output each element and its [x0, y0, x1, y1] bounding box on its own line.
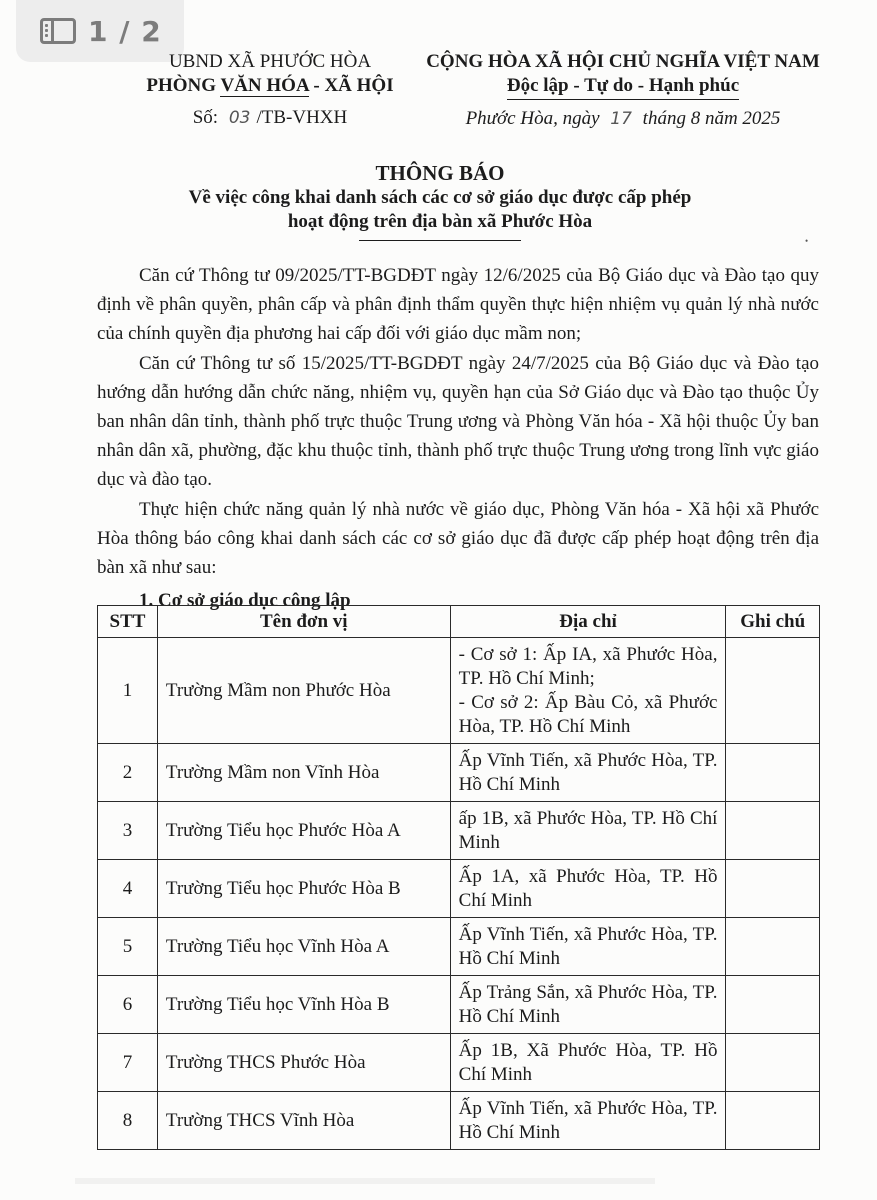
table-row: 3 Trường Tiểu học Phước Hòa A ấp 1B, xã …: [98, 802, 820, 860]
next-page-bleed-through: [75, 1178, 655, 1184]
notice-subtitle-line1: Về việc công khai danh sách các cơ sở gi…: [100, 186, 780, 210]
paragraph-announcement: Thực hiện chức năng quản lý nhà nước về …: [97, 496, 819, 582]
scan-speck: •: [805, 236, 808, 246]
col-header-note: Ghi chú: [726, 606, 820, 638]
document-number: Số: 03/TB-VHXH: [120, 106, 420, 130]
department-name: PHÒNG VĂN HÓA - XÃ HỘI: [120, 74, 420, 98]
public-schools-table: STT Tên đơn vị Địa chỉ Ghi chú 1 Trường …: [97, 605, 820, 1150]
page-count: 1 / 2: [88, 15, 162, 48]
notice-title: THÔNG BÁO: [100, 160, 780, 186]
authority-name: UBND XÃ PHƯỚC HÒA: [120, 50, 420, 74]
nation-name: CỘNG HÒA XÃ HỘI CHỦ NGHĨA VIỆT NAM: [408, 50, 838, 74]
notice-body: Căn cứ Thông tư 09/2025/TT-BGDĐT ngày 12…: [97, 262, 819, 616]
national-header-block: CỘNG HÒA XÃ HỘI CHỦ NGHĨA VIỆT NAM Độc l…: [408, 50, 838, 131]
table-row: 6 Trường Tiểu học Vĩnh Hòa B Ấp Trảng Sắ…: [98, 976, 820, 1034]
table-row: 2 Trường Mầm non Vĩnh Hòa Ấp Vĩnh Tiến, …: [98, 744, 820, 802]
place-date: Phước Hòa, ngày 17 tháng 8 năm 2025: [408, 107, 838, 131]
table-row: 8 Trường THCS Vĩnh Hòa Ấp Vĩnh Tiến, xã …: [98, 1092, 820, 1150]
table-row: 7 Trường THCS Phước Hòa Ấp 1B, Xã Phước …: [98, 1034, 820, 1092]
sidebar-panel-icon[interactable]: [40, 18, 76, 44]
col-header-name: Tên đơn vị: [157, 606, 450, 638]
issuing-authority-block: UBND XÃ PHƯỚC HÒA PHÒNG VĂN HÓA - XÃ HỘI…: [120, 50, 420, 130]
notice-title-block: THÔNG BÁO Về việc công khai danh sách cá…: [100, 160, 780, 241]
table-row: 5 Trường Tiểu học Vĩnh Hòa A Ấp Vĩnh Tiế…: [98, 918, 820, 976]
handwritten-number: 03: [223, 108, 257, 128]
col-header-address: Địa chỉ: [450, 606, 726, 638]
paragraph-legal-basis-2: Căn cứ Thông tư số 15/2025/TT-BGDĐT ngày…: [97, 350, 819, 494]
title-underline: [359, 240, 521, 241]
col-header-stt: STT: [98, 606, 158, 638]
table-row: 4 Trường Tiểu học Phước Hòa B Ấp 1A, xã …: [98, 860, 820, 918]
handwritten-day: 17: [604, 109, 638, 129]
table-header-row: STT Tên đơn vị Địa chỉ Ghi chú: [98, 606, 820, 638]
notice-subtitle-line2: hoạt động trên địa bàn xã Phước Hòa: [100, 210, 780, 234]
national-motto: Độc lập - Tự do - Hạnh phúc: [507, 74, 739, 100]
document-page: 1 / 2 UBND XÃ PHƯỚC HÒA PHÒNG VĂN HÓA - …: [0, 0, 877, 1200]
table-row: 1 Trường Mầm non Phước Hòa - Cơ sở 1: Ấp…: [98, 638, 820, 744]
paragraph-legal-basis-1: Căn cứ Thông tư 09/2025/TT-BGDĐT ngày 12…: [97, 262, 819, 348]
